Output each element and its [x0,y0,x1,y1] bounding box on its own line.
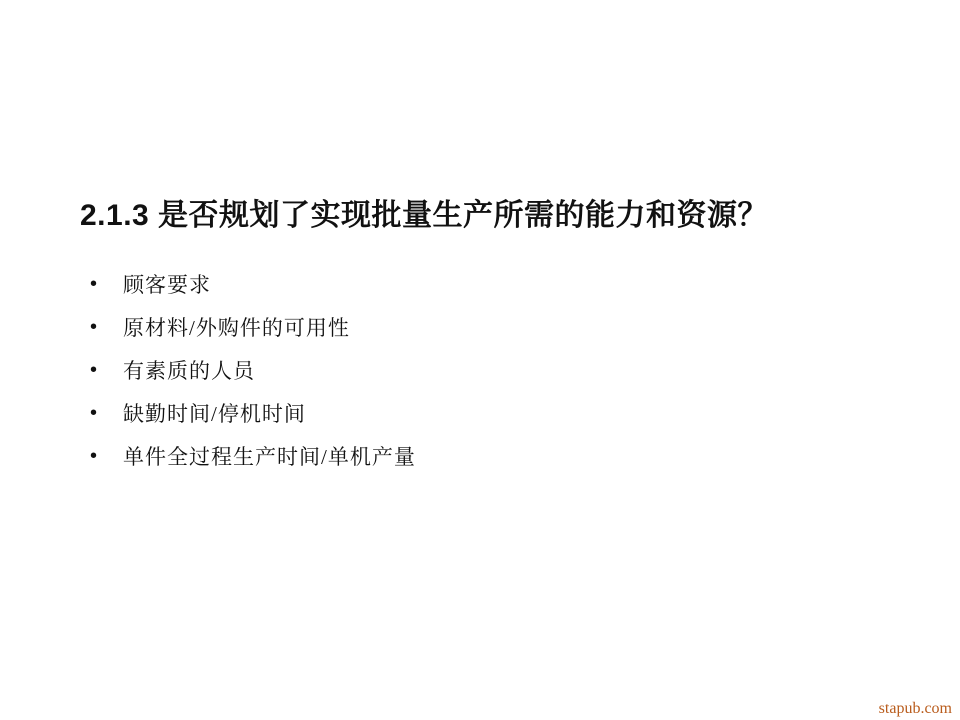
list-item: • 有素质的人员 [90,348,416,391]
list-item: • 原材料/外购件的可用性 [90,305,416,348]
bullet-text: 原材料/外购件的可用性 [123,312,350,342]
bullet-list: • 顾客要求 • 原材料/外购件的可用性 • 有素质的人员 • 缺勤时间/停机时… [90,262,416,477]
bullet-text: 顾客要求 [123,269,211,299]
bullet-text: 单件全过程生产时间/单机产量 [123,441,416,471]
slide-title: 2.1.3 是否规划了实现批量生产所需的能力和资源？ [80,190,880,234]
bullet-icon: • [90,274,123,294]
bullet-icon: • [90,317,123,337]
list-item: • 缺勤时间/停机时间 [90,391,416,434]
bullet-text: 有素质的人员 [123,355,255,385]
bullet-icon: • [90,446,123,466]
bullet-icon: • [90,360,123,380]
list-item: • 顾客要求 [90,262,416,305]
bullet-icon: • [90,403,123,423]
bullet-text: 缺勤时间/停机时间 [123,398,306,428]
watermark-text: stapub.com [879,700,952,718]
list-item: • 单件全过程生产时间/单机产量 [90,434,416,477]
presentation-slide: 2.1.3 是否规划了实现批量生产所需的能力和资源？ • 顾客要求 • 原材料/… [0,0,960,720]
